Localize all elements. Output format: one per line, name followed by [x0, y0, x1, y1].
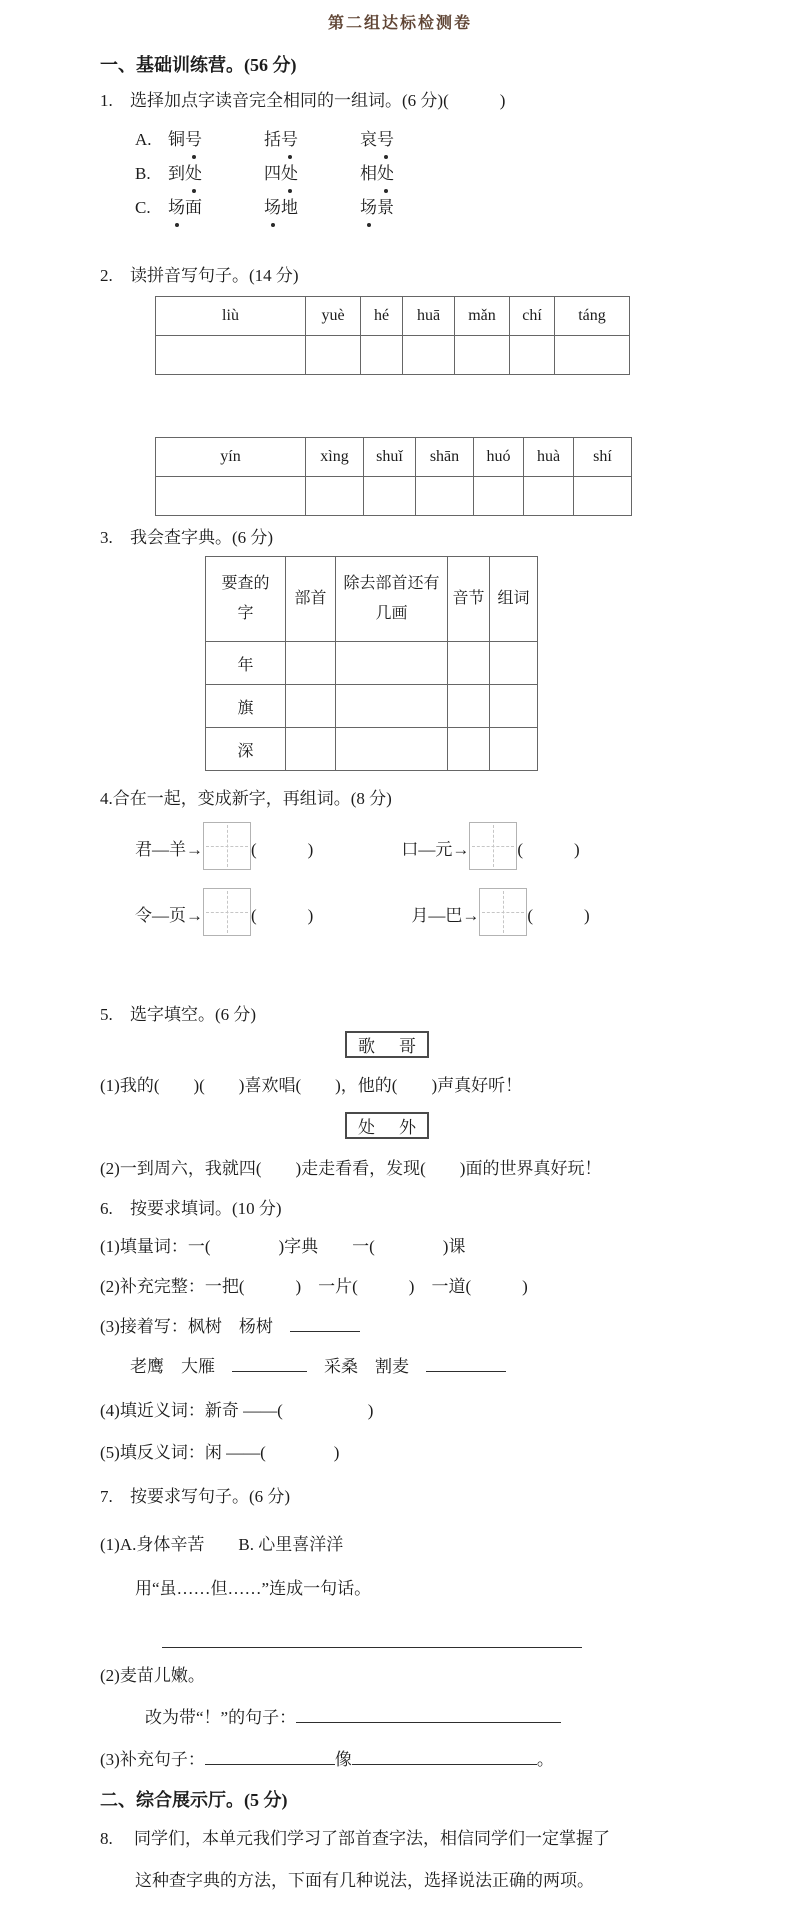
section-1-header: 一、基础训练营。(56 分) — [100, 51, 700, 77]
answer-blank — [205, 1751, 335, 1765]
dotted-char: 场 — [264, 196, 281, 220]
pinyin-syllable-cell: mǎn — [455, 297, 510, 336]
question-4-stem: 4.合在一起，变成新字，再组词。(8 分) — [100, 789, 392, 808]
answer-blank — [352, 1751, 537, 1765]
question-1-stem: 选择加点字读音完全相同的一组词。(6 分)( ) — [130, 91, 505, 110]
pinyin-row: liù yuè hé huā mǎn chí táng — [156, 297, 630, 336]
question-6: 6.按要求填词。(10 分) — [100, 1197, 700, 1221]
word-pre: 铜 — [168, 130, 185, 149]
question-7-line-1b: 用“虽……但……”连成一句话。 — [135, 1577, 700, 1601]
dotted-char: 处 — [377, 162, 394, 186]
question-6-line-2: (2)补充完整：一把( ) 一片( ) 一道( ) — [100, 1275, 700, 1299]
dotted-char: 号 — [281, 128, 298, 152]
line-text: 老鹰 大雁 — [130, 1357, 232, 1376]
line-text: 像 — [335, 1750, 352, 1769]
answer-blank — [426, 1358, 506, 1372]
choice-char: 歌 — [358, 1032, 375, 1057]
pinyin-row: yín xìng shuǐ shān huó huà shí — [156, 438, 632, 477]
answer-cell — [574, 477, 632, 516]
word-post: 面 — [185, 198, 202, 217]
option-word: 四处 — [264, 162, 360, 186]
header-line: 要查的 — [206, 569, 285, 599]
dictionary-row: 年 — [206, 642, 538, 685]
character-cell: 深 — [206, 728, 286, 771]
option-word: 括号 — [264, 128, 360, 152]
question-2-stem: 读拼音写句子。(14 分) — [130, 266, 299, 285]
writing-grid-box — [203, 888, 251, 936]
answer-cell — [156, 477, 306, 516]
answer-cell — [403, 336, 455, 375]
line-text: (3)接着写：枫树 杨树 — [100, 1317, 290, 1336]
answer-cell — [306, 477, 364, 516]
dotted-char: 号 — [377, 128, 394, 152]
question-8: 8.同学们，本单元我们学习了部首查字法，相信同学们一定掌握了 — [100, 1826, 700, 1852]
question-5-line-1: (1)我的( )( )喜欢唱( )，他的( )声真好听！ — [100, 1074, 700, 1098]
question-7-line-2b: 改为带“！”的句子： — [145, 1706, 700, 1730]
pinyin-syllable-cell: huà — [524, 438, 574, 477]
answer-cell — [524, 477, 574, 516]
question-5-stem: 选字填空。(6 分) — [130, 1005, 256, 1024]
pinyin-syllable-cell: hé — [361, 297, 403, 336]
answer-blank — [296, 1709, 561, 1723]
answer-cell — [286, 685, 336, 728]
question-8-number: 8. — [100, 1826, 134, 1852]
answer-cell — [336, 728, 448, 771]
choice-char: 外 — [399, 1113, 416, 1138]
answer-cell — [156, 336, 306, 375]
line-text: 采桑 割麦 — [307, 1357, 426, 1376]
word-blank-parens: ( ) — [527, 901, 589, 926]
line-text: 。 — [537, 1750, 554, 1769]
question-6-stem: 按要求填词。(10 分) — [130, 1199, 282, 1218]
question-1-option-b: B.到处四处相处 — [135, 162, 700, 186]
answer-cell — [448, 728, 490, 771]
pinyin-syllable-cell: yuè — [306, 297, 361, 336]
dictionary-header-row: 要查的字 部首 除去部首还有几画 音节 组词 — [206, 557, 538, 642]
word-pre: 四 — [264, 164, 281, 183]
answer-cell — [455, 336, 510, 375]
answer-cell — [416, 477, 474, 516]
pinyin-table-1: liù yuè hé huā mǎn chí táng — [155, 296, 630, 375]
header-word: 组词 — [490, 557, 538, 642]
header-syllable: 音节 — [448, 557, 490, 642]
combine-item: 口—元→( ) — [401, 822, 579, 872]
word-pre: 到 — [168, 164, 185, 183]
answer-cell — [336, 685, 448, 728]
choice-box-ge: 歌哥 — [345, 1031, 429, 1058]
header-line: 几画 — [336, 599, 447, 629]
answer-line — [162, 1635, 582, 1648]
line-text: 改为带“！”的句子： — [145, 1708, 296, 1727]
header-character: 要查的字 — [206, 557, 286, 642]
answer-cell — [490, 728, 538, 771]
answer-cell — [474, 477, 524, 516]
question-1-number: 1. — [100, 89, 130, 113]
writing-grid-box — [203, 822, 251, 870]
question-7-number: 7. — [100, 1485, 130, 1509]
dictionary-table: 要查的字 部首 除去部首还有几画 音节 组词 年 旗 深 — [205, 556, 538, 771]
pinyin-syllable-cell: liù — [156, 297, 306, 336]
option-a-label: A. — [135, 128, 168, 152]
question-2-number: 2. — [100, 264, 130, 288]
writing-grid-box — [469, 822, 517, 870]
pinyin-syllable-cell: huó — [474, 438, 524, 477]
page-title: 第二组达标检测卷 — [100, 0, 700, 33]
section-2-header: 二、综合展示厅。(5 分) — [100, 1786, 700, 1812]
question-4: 4.合在一起，变成新字，再组词。(8 分) — [100, 787, 700, 811]
dotted-char: 号 — [185, 128, 202, 152]
pinyin-syllable-cell: xìng — [306, 438, 364, 477]
question-3-number: 3. — [100, 526, 130, 550]
pinyin-syllable-cell: yín — [156, 438, 306, 477]
option-c-label: C. — [135, 196, 168, 220]
question-5: 5.选字填空。(6 分) — [100, 1003, 700, 1027]
char-pair: 月—巴→ — [411, 901, 479, 926]
character-cell: 年 — [206, 642, 286, 685]
dictionary-row: 深 — [206, 728, 538, 771]
dotted-char: 场 — [168, 196, 185, 220]
choice-box-chu: 处外 — [345, 1112, 429, 1139]
answer-cell — [490, 685, 538, 728]
header-line: 除去部首还有 — [336, 569, 447, 599]
word-pre: 括 — [264, 130, 281, 149]
word-post: 地 — [281, 198, 298, 217]
pinyin-syllable-cell: chí — [510, 297, 555, 336]
option-word: 场景 — [360, 196, 394, 220]
option-word: 铜号 — [168, 128, 264, 152]
question-7-stem: 按要求写句子。(6 分) — [130, 1487, 290, 1506]
answer-blank — [290, 1318, 360, 1332]
answer-cell — [364, 477, 416, 516]
word-blank-parens: ( ) — [517, 835, 579, 860]
dotted-char: 处 — [281, 162, 298, 186]
question-6-line-4: (4)填近义词：新奇 ——( ) — [100, 1399, 700, 1423]
char-pair: 君—羊→ — [135, 835, 203, 860]
question-1-option-a: A.铜号括号哀号 — [135, 128, 700, 152]
question-1-option-c: C.场面场地场景 — [135, 196, 700, 220]
answer-cell — [490, 642, 538, 685]
question-6-line-3b: 老鹰 大雁 采桑 割麦 — [130, 1355, 700, 1379]
question-1: 1.选择加点字读音完全相同的一组词。(6 分)( ) — [100, 89, 700, 113]
question-8-text-line2: 这种查字典的方法，下面有几种说法，选择说法正确的两项。 — [135, 1868, 700, 1894]
combine-item: 君—羊→( ) — [135, 822, 313, 872]
pinyin-syllable-cell: huā — [403, 297, 455, 336]
pinyin-syllable-cell: shí — [574, 438, 632, 477]
option-word: 场面 — [168, 196, 264, 220]
option-word: 到处 — [168, 162, 264, 186]
answer-cell — [336, 642, 448, 685]
word-pre: 相 — [360, 164, 377, 183]
answer-cell — [286, 728, 336, 771]
character-cell: 旗 — [206, 685, 286, 728]
option-word: 哀号 — [360, 128, 394, 152]
answer-cell — [555, 336, 630, 375]
question-8-text-line1: 同学们，本单元我们学习了部首查字法，相信同学们一定掌握了 — [134, 1829, 610, 1848]
pinyin-table-2: yín xìng shuǐ shān huó huà shí — [155, 437, 632, 516]
answer-cell — [510, 336, 555, 375]
combine-item: 月—巴→( ) — [411, 888, 589, 938]
writing-grid-box — [479, 888, 527, 936]
word-pre: 哀 — [360, 130, 377, 149]
dotted-char: 处 — [185, 162, 202, 186]
combine-row-2: 令—页→( ) 月—巴→( ) — [135, 887, 700, 939]
question-2: 2.读拼音写句子。(14 分) — [100, 264, 700, 288]
option-word: 相处 — [360, 162, 394, 186]
word-blank-parens: ( ) — [251, 901, 313, 926]
answer-cell — [286, 642, 336, 685]
answer-blank — [232, 1358, 307, 1372]
pinyin-syllable-cell: shān — [416, 438, 474, 477]
answer-cell — [306, 336, 361, 375]
question-7-line-2: (2)麦苗儿嫩。 — [100, 1664, 700, 1688]
answer-cell — [448, 642, 490, 685]
choice-char: 哥 — [399, 1032, 416, 1057]
test-paper-page: 第二组达标检测卷 一、基础训练营。(56 分) 1.选择加点字读音完全相同的一组… — [0, 0, 800, 1932]
combine-item: 令—页→( ) — [135, 888, 313, 938]
pinyin-syllable-cell: táng — [555, 297, 630, 336]
choice-char: 处 — [358, 1113, 375, 1138]
dotted-char: 场 — [360, 196, 377, 220]
question-3: 3.我会查字典。(6 分) — [100, 526, 700, 550]
question-6-number: 6. — [100, 1197, 130, 1221]
pinyin-syllable-cell: shuǐ — [364, 438, 416, 477]
combine-row-1: 君—羊→( ) 口—元→( ) — [135, 821, 700, 873]
answer-row — [156, 477, 632, 516]
question-6-line-3: (3)接着写：枫树 杨树 — [100, 1315, 700, 1339]
question-3-stem: 我会查字典。(6 分) — [130, 528, 273, 547]
question-5-number: 5. — [100, 1003, 130, 1027]
char-pair: 令—页→ — [135, 901, 203, 926]
question-7-line-1: (1)A.身体辛苦 B. 心里喜洋洋 — [100, 1533, 700, 1557]
char-pair: 口—元→ — [401, 835, 469, 860]
line-text: (3)补充句子： — [100, 1750, 205, 1769]
question-7: 7.按要求写句子。(6 分) — [100, 1485, 700, 1509]
option-word: 场地 — [264, 196, 360, 220]
word-blank-parens: ( ) — [251, 835, 313, 860]
question-7-line-3: (3)补充句子：像。 — [100, 1748, 700, 1772]
question-6-line-5: (5)填反义词：闲 ——( ) — [100, 1441, 700, 1465]
answer-row — [156, 336, 630, 375]
answer-cell — [361, 336, 403, 375]
word-post: 景 — [377, 198, 394, 217]
header-line: 字 — [206, 599, 285, 629]
dictionary-row: 旗 — [206, 685, 538, 728]
header-strokes: 除去部首还有几画 — [336, 557, 448, 642]
header-radical: 部首 — [286, 557, 336, 642]
question-5-line-2: (2)一到周六，我就四( )走走看看，发现( )面的世界真好玩！ — [100, 1157, 700, 1181]
question-6-line-1: (1)填量词：一( )字典 一( )课 — [100, 1235, 700, 1259]
option-b-label: B. — [135, 162, 168, 186]
answer-cell — [448, 685, 490, 728]
